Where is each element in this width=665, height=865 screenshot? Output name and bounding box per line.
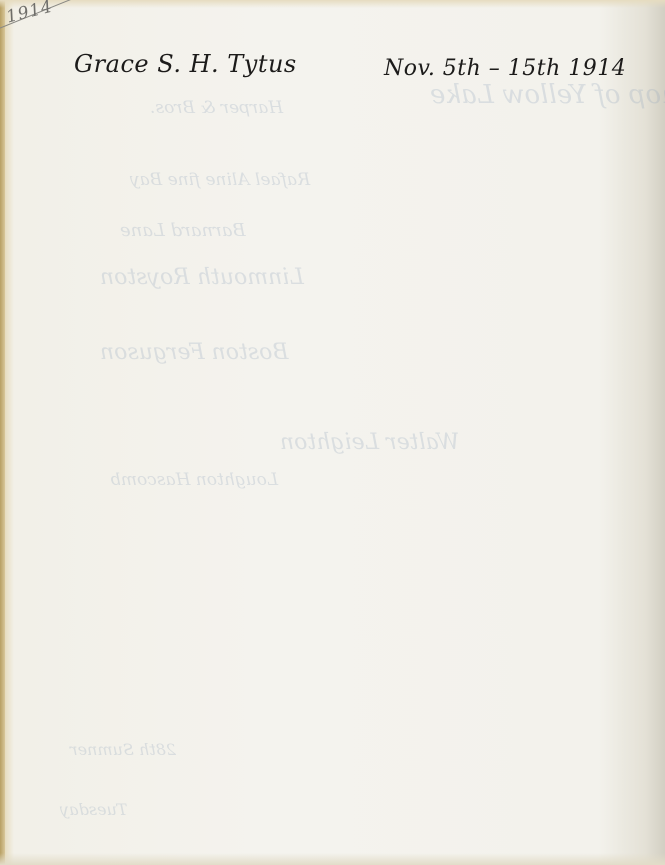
ghost-line: Harper & Bros. [150, 98, 283, 118]
bleed-through-text: Bishop of Yellow Lake Harper & Bros. Raf… [0, 0, 665, 865]
bottom-edge-shadow [0, 853, 665, 865]
ghost-line: 28th Sumner [70, 740, 176, 759]
ghost-line: Tuesday [60, 800, 127, 819]
signature: Grace S. H. Tytus [74, 50, 297, 78]
top-edge-shadow [0, 0, 665, 8]
document-page: Bishop of Yellow Lake Harper & Bros. Raf… [0, 0, 665, 865]
ghost-line: Boston Ferguson [100, 340, 289, 365]
ghost-line: Bishop of Yellow Lake [430, 80, 665, 110]
ghost-line: Barnard Lane [120, 220, 246, 241]
binding-edge [0, 0, 5, 865]
ghost-line: Linmouth Royston [100, 265, 304, 290]
ghost-line: Walter Leighton [280, 430, 459, 455]
ghost-line: Rafael Aline fine Bay [130, 170, 310, 190]
ghost-line: Loughton Hascomb [110, 470, 278, 490]
date-range: Nov. 5th – 15th 1914 [384, 56, 626, 81]
